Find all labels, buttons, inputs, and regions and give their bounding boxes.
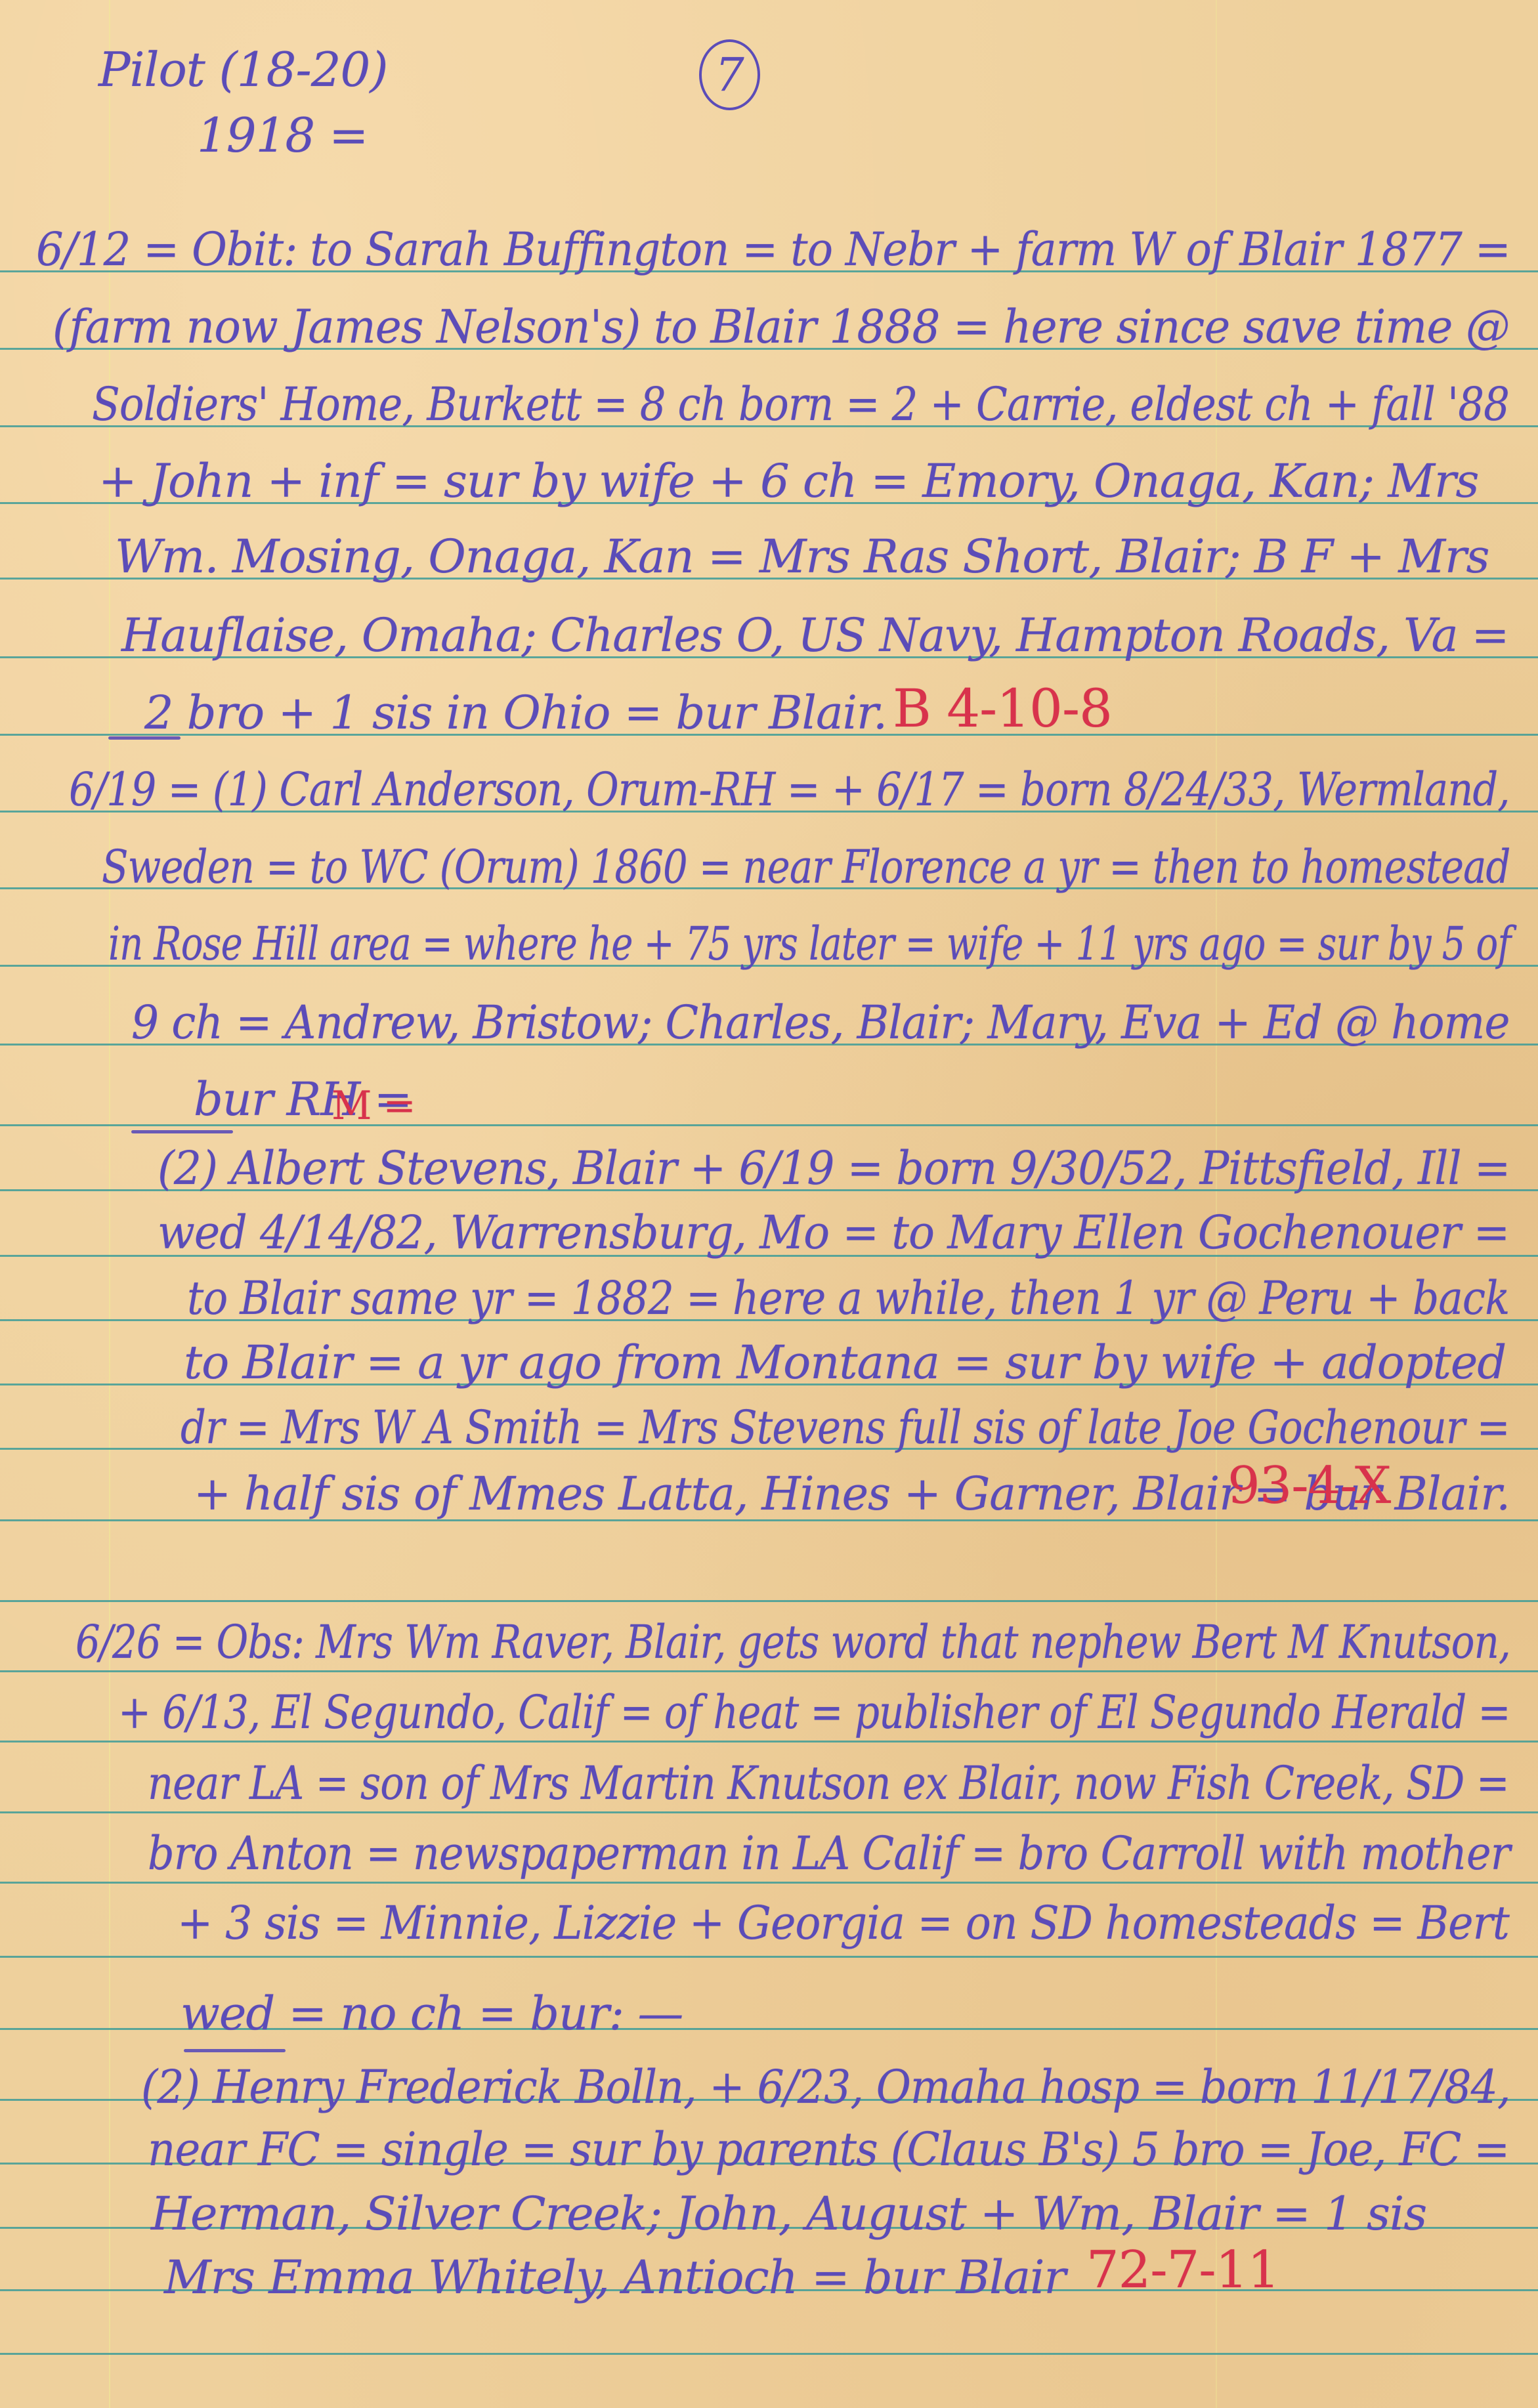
entry-line: near LA = son of Mrs Martin Knutson ex B… [148,1760,1509,1806]
entry-line: 9 ch = Andrew, Bristow; Charles, Blair; … [131,1000,1510,1046]
entry-line: near FC = single = sur by parents (Claus… [148,2126,1509,2172]
page-number: 7 [715,48,744,102]
entry-line: in Rose Hill area = where he + 75 yrs la… [108,921,1510,967]
ruled-line [0,1741,1538,1743]
notebook-page: Pilot (18-20) 1918 = 7 6/12 = Obit: to S… [0,0,1538,2408]
ruled-line [0,1956,1538,1958]
entry-line: Hauflaise, Omaha; Charles O, US Navy, Ha… [121,612,1509,658]
entry-line: + John + inf = sur by wife + 6 ch = Emor… [98,458,1478,504]
entry-line: + 6/13, El Segundo, Calif = of heat = pu… [118,1689,1510,1735]
entry-line: + 3 sis = Minnie, Lizzie + Georgia = on … [177,1900,1509,1946]
entry-separator-mark [184,2049,286,2052]
entry-line: Soldiers' Home, Burkett = 8 ch born = 2 … [92,381,1509,427]
entry-line: Sweden = to WC (Orum) 1860 = near Floren… [102,844,1510,890]
entry-line: (farm now James Nelson's) to Blair 1888 … [53,304,1510,350]
red-annotation: B 4-10-8 [893,683,1112,735]
entry-separator-mark [131,1130,233,1133]
entry-line: to Blair = a yr ago from Montana = sur b… [184,1340,1506,1385]
entry-line: (2) Henry Frederick Bolln, + 6/23, Omaha… [141,2064,1510,2110]
entry-line: Herman, Silver Creek; John, August + Wm,… [151,2191,1426,2237]
ruled-line [0,1600,1538,1602]
left-margin-line [109,0,110,2408]
page-heading: Pilot (18-20) [98,46,387,93]
entry-line: Wm. Mosing, Onaga, Kan = Mrs Ras Short, … [115,534,1489,580]
ruled-line [0,1670,1538,1672]
page-year: 1918 = [197,112,368,159]
entry-line: Mrs Emma Whitely, Antioch = bur Blair [164,2254,1065,2300]
entry-line: to Blair same yr = 1882 = here a while, … [187,1275,1509,1321]
entry-separator-mark [108,736,181,740]
entry-line: bro Anton = newspaperman in LA Calif = b… [148,1830,1510,1876]
entry-line: 6/26 = Obs: Mrs Wm Raver, Blair, gets wo… [75,1619,1510,1665]
entry-line: 6/19 = (1) Carl Anderson, Orum-RH = + 6/… [69,767,1510,813]
red-annotation: M = [331,1086,416,1126]
entry-line: 6/12 = Obit: to Sarah Buffington = to Ne… [36,226,1510,272]
ruled-line [0,1882,1538,1884]
entry-line: wed 4/14/82, Warrensburg, Mo = to Mary E… [158,1210,1509,1256]
entry-line: (2) Albert Stevens, Blair + 6/19 = born … [158,1145,1510,1191]
red-annotation: 72-7-11 [1086,2245,1279,2296]
fold-line [1216,0,1217,2408]
entry-line: wed = no ch = bur: — [181,1991,683,2037]
ruled-line [0,1811,1538,1813]
entry-line: dr = Mrs W A Smith = Mrs Stevens full si… [181,1405,1510,1450]
red-annotation: 93-4-X [1228,1460,1390,1511]
entry-line: 2 bro + 1 sis in Ohio = bur Blair. [144,690,887,736]
page-number-circled: 7 [699,39,760,110]
ruled-line [0,2353,1538,2355]
